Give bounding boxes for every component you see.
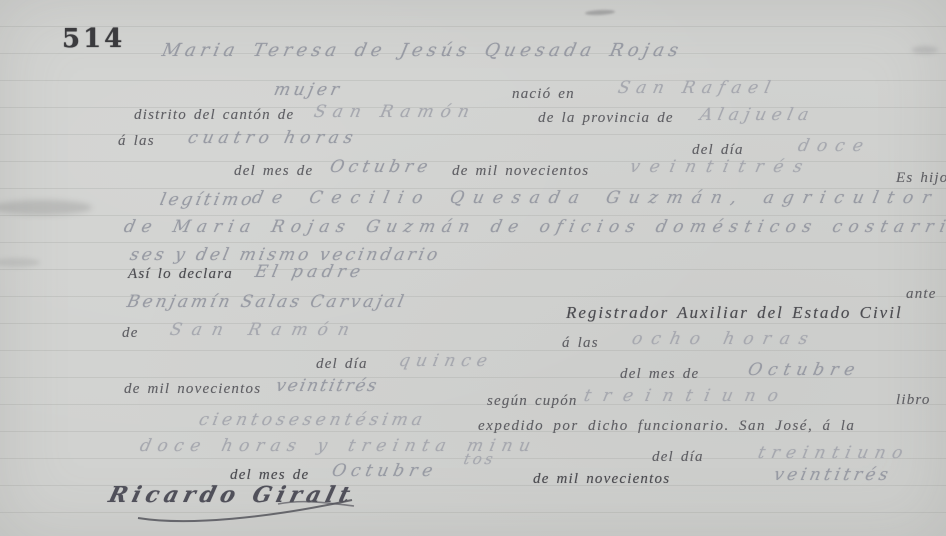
month-label-2: del mes de	[620, 366, 699, 383]
canton-entry: San Ramón	[312, 102, 478, 122]
scan-mark	[585, 9, 615, 16]
sanjose-year-entry: veintitrés	[772, 465, 893, 485]
signature-flourish	[128, 494, 358, 526]
scan-mark	[912, 46, 938, 54]
province-entry: Alajuela	[698, 105, 816, 125]
at-hours-label-1: á las	[118, 133, 155, 150]
registration-month-entry: Octubre	[746, 360, 863, 380]
district-label: distrito del cantón de	[134, 107, 294, 124]
declares-label: Así lo declara	[128, 266, 233, 283]
birth-day-entry: doce	[796, 136, 873, 156]
sanjose-day-entry: treintiuno	[756, 443, 911, 463]
month-label-1: del mes de	[234, 163, 313, 180]
sex-entry: mujer	[272, 80, 344, 100]
born-in-label: nació en	[512, 86, 575, 103]
declarant-name-entry: Benjamín Salas Carvajal	[125, 292, 408, 312]
registrar-title: Registrador Auxiliar del Estado Civil	[566, 303, 903, 323]
libro-number-entry: cientosesentésima	[197, 410, 428, 430]
libro-label: libro	[896, 392, 931, 409]
province-label: de la provincia de	[538, 110, 674, 127]
ante-label: ante	[906, 286, 937, 303]
registrant-name: Maria Teresa de Jesús Quesada Rojas	[160, 40, 685, 61]
cupon-number-entry: treintiuno	[582, 386, 792, 406]
day-label-2: del día	[316, 356, 368, 373]
year-label-3: de mil novecientos	[533, 471, 670, 488]
registration-hour-entry: ocho horas	[630, 329, 819, 349]
birth-year-entry: veintitrés	[628, 157, 814, 177]
birth-place-entry: San Rafael	[616, 78, 779, 98]
legitimacy-entry: legítimo	[158, 190, 257, 210]
expedido-line: expedido por dicho funcionario. San José…	[478, 418, 855, 435]
birth-hour-entry: cuatro horas	[186, 128, 360, 148]
ink-bleed-smudge	[0, 200, 92, 215]
declarant-entry: El padre	[253, 262, 367, 282]
registration-year-entry: veintitrés	[274, 376, 380, 396]
registration-day-entry: quince	[397, 351, 495, 371]
ink-bleed-smudge	[0, 258, 40, 267]
sanjose-month-entry: Octubre	[330, 461, 440, 481]
at-hours-label-2: á las	[562, 335, 599, 352]
year-label-1: de mil novecientos	[452, 163, 589, 180]
document-page: 514 Maria Teresa de Jesús Quesada Rojas …	[0, 0, 946, 536]
father-entry: de Cecilio Quesada Guzmán, agricultor y	[250, 188, 946, 208]
de-label: de	[122, 325, 139, 342]
cupon-label: según cupón	[487, 393, 578, 410]
day-label-3: del día	[652, 449, 704, 466]
year-label-2: de mil novecientos	[124, 381, 261, 398]
mother-entry: de Maria Rojas Guzmán de oficios domésti…	[122, 217, 946, 237]
es-hijo-label: Es hijo	[896, 170, 946, 187]
sanjose-hour-fragment: tos	[462, 450, 498, 468]
record-number: 514	[62, 24, 125, 54]
declarant-place-entry: San Ramón	[168, 320, 361, 340]
birth-month-entry: Octubre	[328, 157, 434, 177]
